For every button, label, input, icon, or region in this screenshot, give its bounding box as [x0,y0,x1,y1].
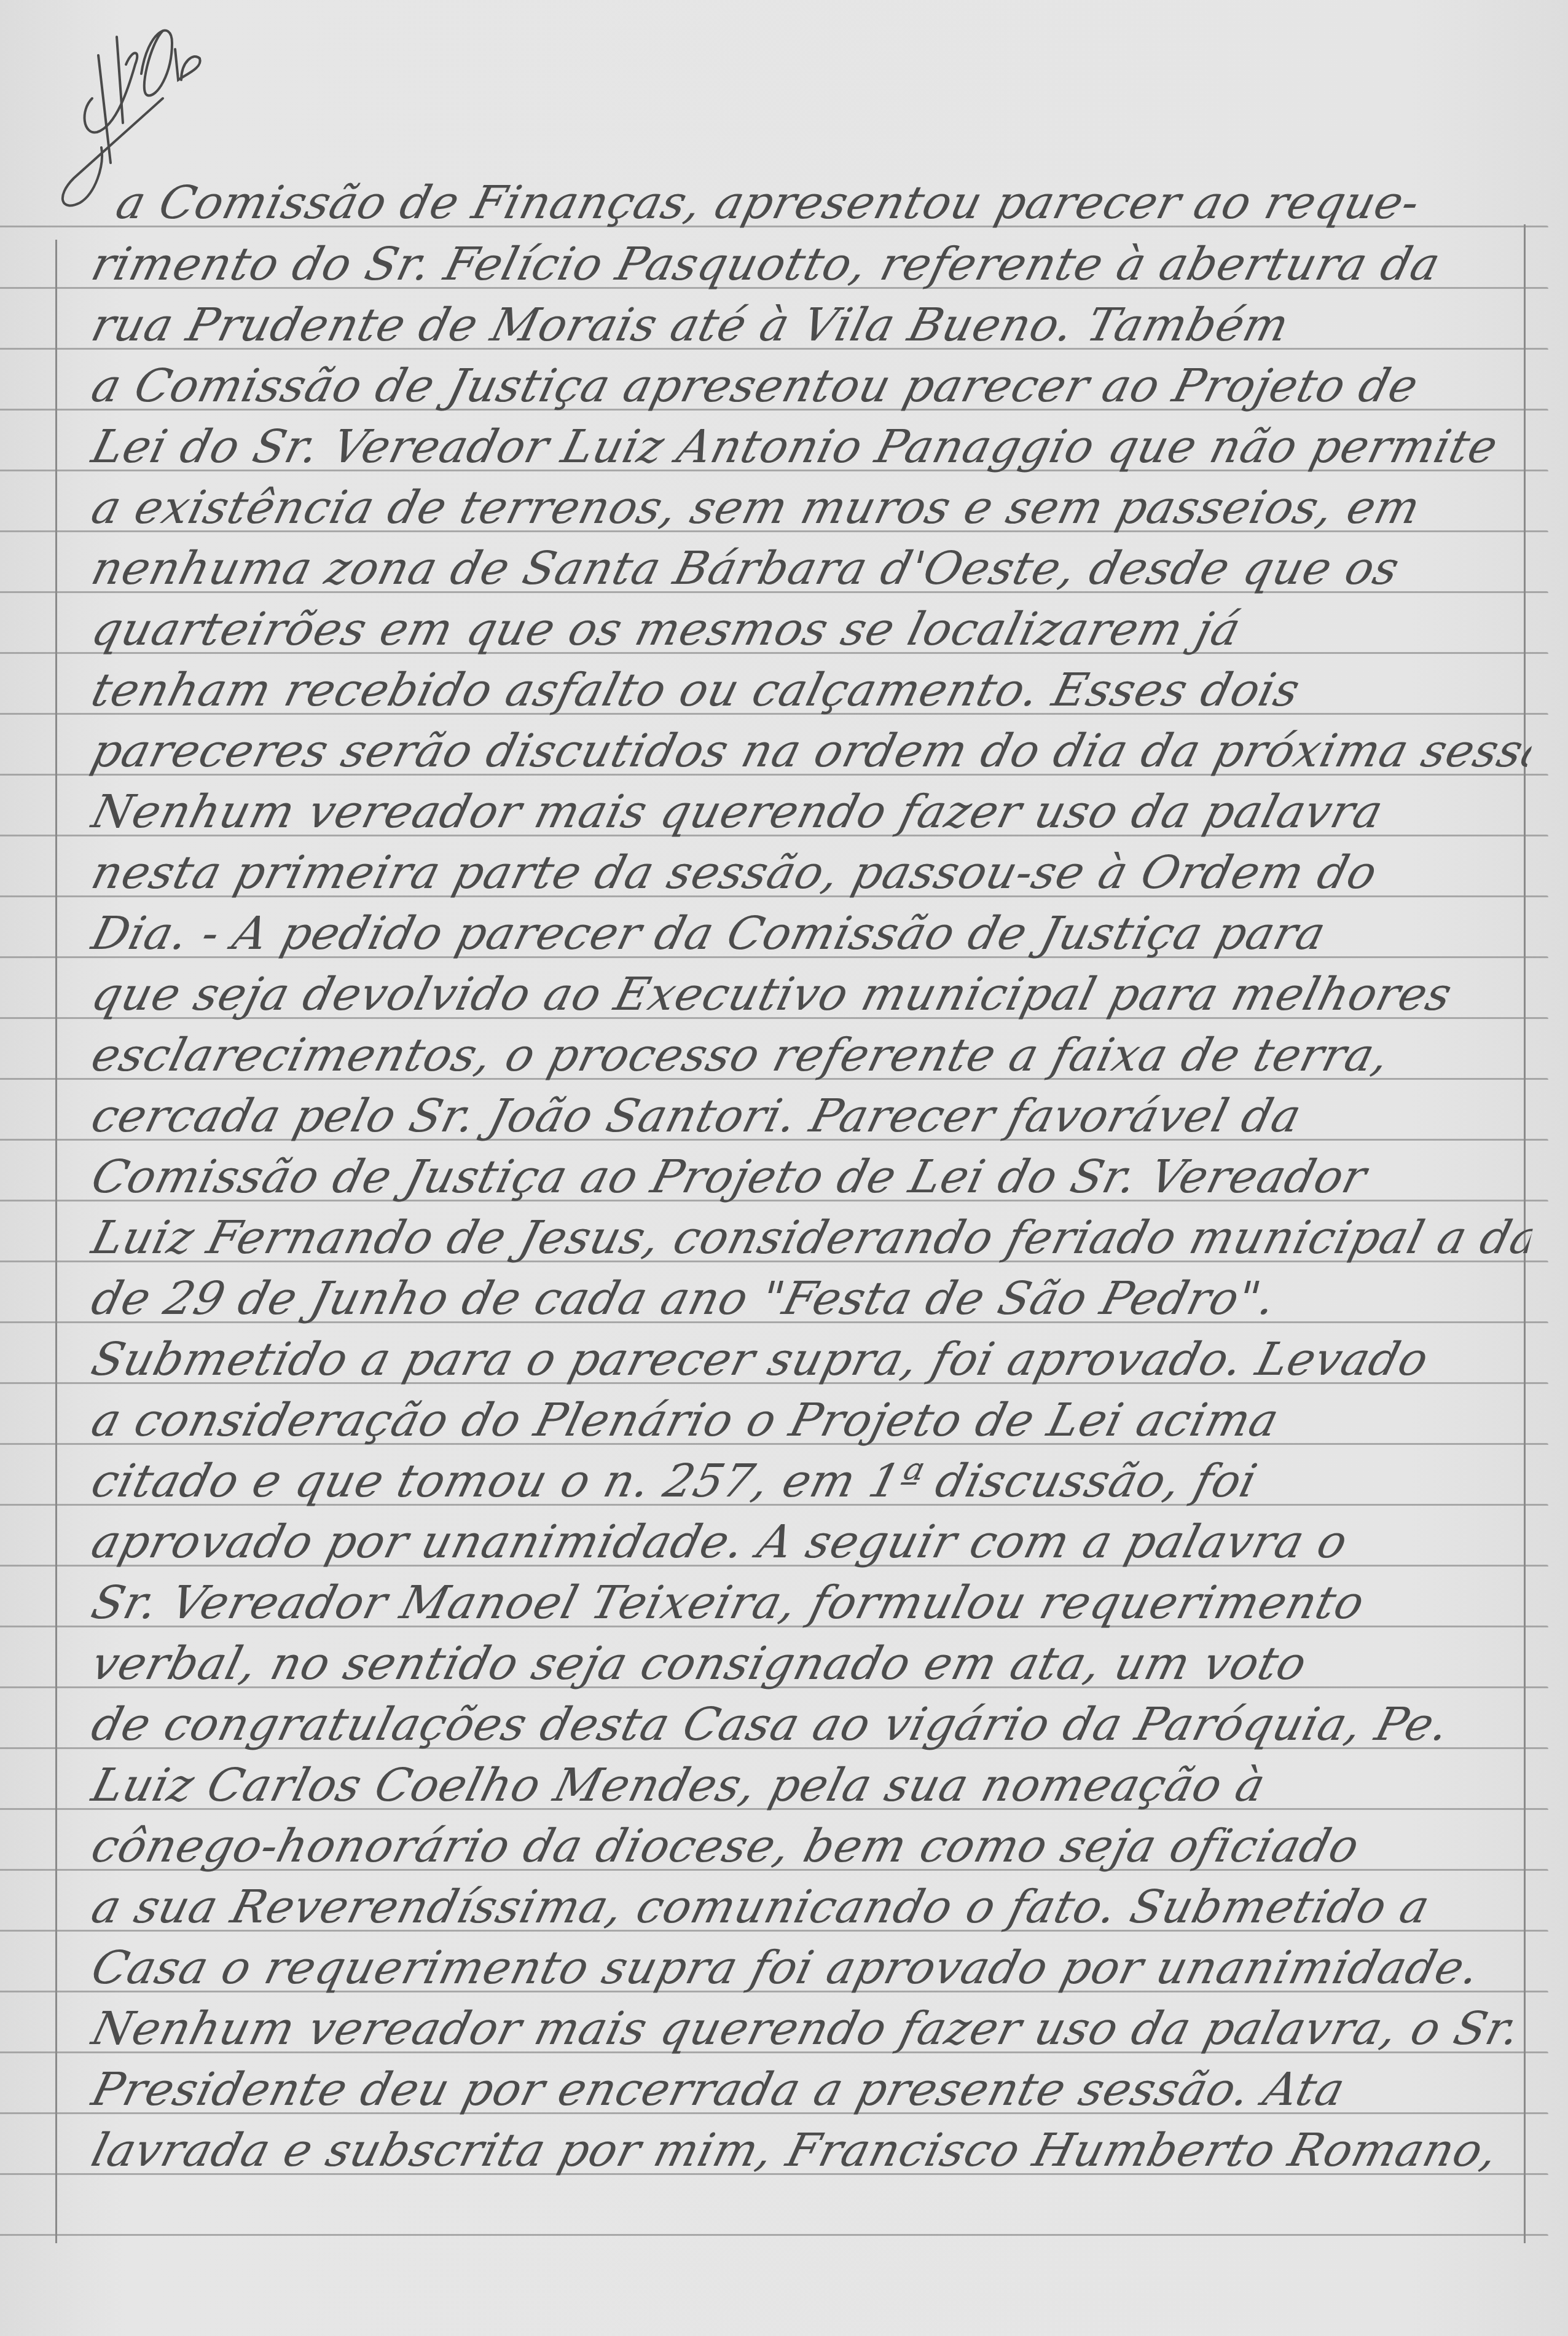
text-line: nesta primeira parte da sessão, passou-s… [86,845,1537,900]
text-line: pareceres serão discutidos na ordem do d… [86,723,1537,779]
left-margin-line [55,240,57,2243]
text-line: nenhuma zona de Santa Bárbara d'Oeste, d… [86,541,1537,596]
text-line: Submetido a para o parecer supra, foi ap… [86,1332,1537,1387]
text-line: Presidente deu por encerrada a presente … [86,2062,1537,2117]
text-line: tenham recebido asfalto ou calçamento. E… [86,663,1537,718]
text-line: a sua Reverendíssima, comunicando o fato… [86,1879,1537,1935]
text-line: aprovado por unanimidade. A seguir com a… [86,1514,1537,1570]
text-line: de congratulações desta Casa ao vigário … [86,1697,1537,1752]
text-line: Sr. Vereador Manoel Teixeira, formulou r… [86,1575,1537,1630]
text-line: quarteirões em que os mesmos se localiza… [86,602,1537,657]
text-line: Casa o requerimento supra foi aprovado p… [86,1940,1537,1996]
text-line: rua Prudente de Morais até à Vila Bueno.… [86,297,1537,353]
text-line: esclarecimentos, o processo referente a … [86,1028,1537,1083]
text-line: cercada pelo Sr. João Santori. Parecer f… [86,1088,1537,1144]
text-line: a existência de terrenos, sem muros e se… [86,480,1537,535]
text-line: de 29 de Junho de cada ano "Festa de São… [86,1271,1537,1326]
text-line: Lei do Sr. Vereador Luiz Antonio Panaggi… [86,419,1537,474]
manuscript-page: a Comissão de Finanças, apresentou parec… [0,0,1568,2336]
text-line: a consideração do Plenário o Projeto de … [86,1393,1537,1448]
text-line: Luiz Fernando de Jesus, considerando fer… [86,1210,1537,1265]
text-line: Nenhum vereador mais querendo fazer uso … [86,2001,1537,2056]
text-line: citado e que tomou o n. 257, em 1ª discu… [86,1453,1537,1509]
text-line: a Comissão de Justiça apresentou parecer… [86,358,1537,414]
text-line: Dia. - A pedido parecer da Comissão de J… [86,906,1537,961]
text-line: rimento do Sr. Felício Pasquotto, refere… [86,237,1537,292]
text-line: cônego-honorário da diocese, bem como se… [86,1819,1537,1874]
text-line: que seja devolvido ao Executivo municipa… [86,967,1537,1022]
text-line: Nenhum vereador mais querendo fazer uso … [86,784,1537,840]
text-line: lavrada e subscrita por mim, Francisco H… [86,2123,1537,2178]
text-line: verbal, no sentido seja consignado em at… [86,1636,1537,1691]
text-line: Comissão de Justiça ao Projeto de Lei do… [86,1149,1537,1205]
text-line: a Comissão de Finanças, apresentou parec… [111,175,1562,230]
text-line: Luiz Carlos Coelho Mendes, pela sua nome… [86,1758,1537,1813]
